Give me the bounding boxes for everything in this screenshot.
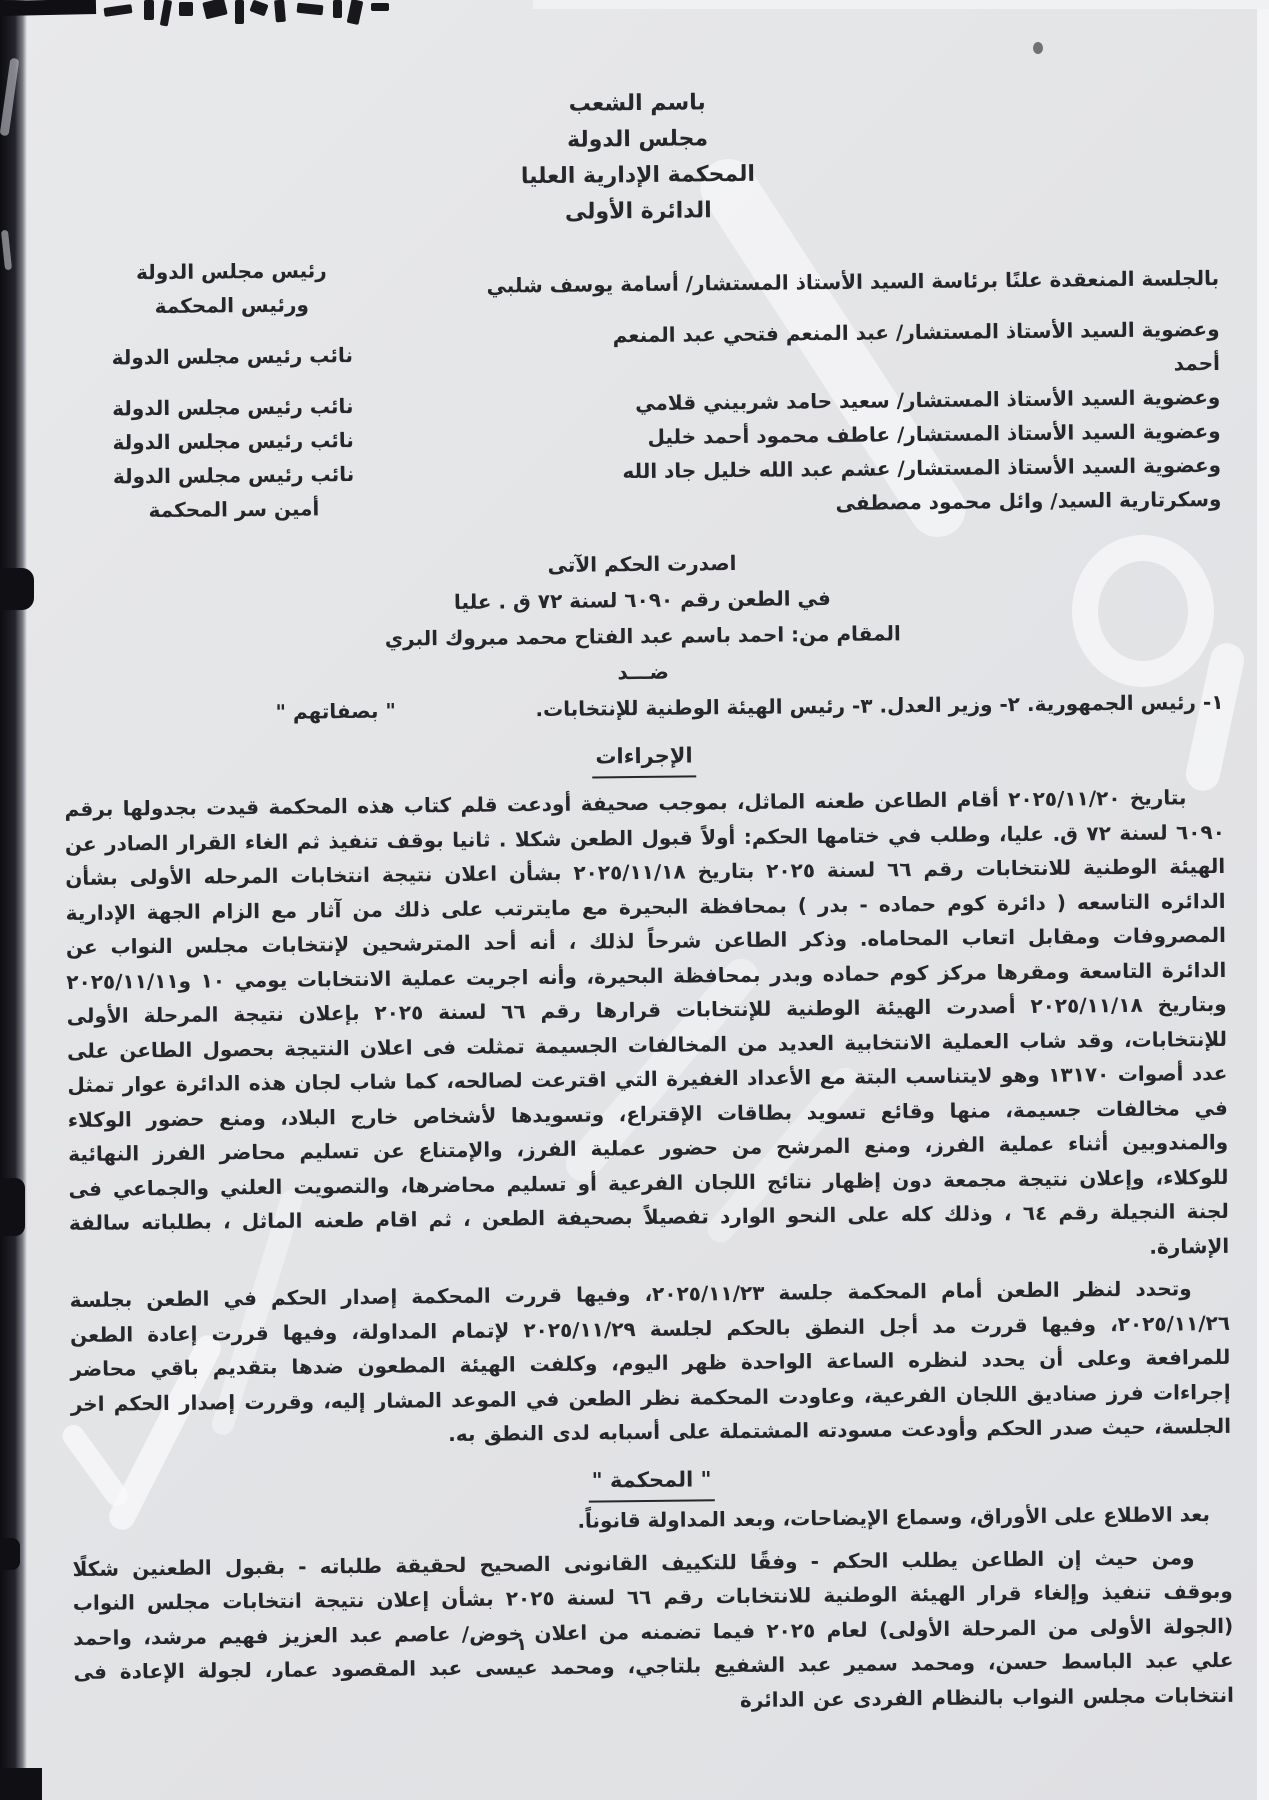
member-judge-role: نائب رئيس مجلس الدولة [60,337,405,375]
member-judge-name: وعضوية السيد الأستاذ المستشار/ عبد المنع… [579,312,1220,387]
binding-edge-blob [0,568,34,610]
binding-edge-blob [0,1178,25,1236]
page-number: ١ [516,1634,527,1655]
presiding-role-line2: ورئيس المحكمة [59,286,404,324]
presiding-judge-name: بالجلسة المنعقدة علنًا برئاسة السيد الأس… [449,261,1219,303]
paper-edge [1257,0,1269,1800]
handwritten-mark [104,0,404,40]
presiding-role-line1: رئيس مجلس الدولة [59,252,404,290]
corner-ink-mark [0,0,96,16]
procedures-heading-text: الإجراءات [592,737,696,778]
procedures-heading: الإجراءات [64,732,1224,784]
session-panel: بالجلسة المنعقدة علنًا برئاسة السيد الأس… [59,244,1222,528]
case-caption: اصدرت الحكم الآتى في الطعن رقم ٦٠٩٠ لسنة… [62,540,1223,696]
paper-edge [533,0,1269,9]
binding-edge [0,0,27,1800]
binding-edge-blob [0,1768,42,1800]
binding-edge-blob [0,1538,20,1570]
member-judge-role: نائب رئيس مجلس الدولة [61,422,406,460]
presiding-row: بالجلسة المنعقدة علنًا برئاسة السيد الأس… [59,244,1220,324]
member-row: وعضوية السيد الأستاذ المستشار/ عبد المنع… [59,312,1220,392]
presiding-judge-role: رئيس مجلس الدولة ورئيس المحكمة [59,252,405,324]
ink-dot [1033,42,1043,54]
procedures-paragraph-1: بتاريخ ٢٠٢٥/١١/٢٠ أقام الطاعن طعنه الماث… [64,780,1229,1275]
member-judge-role: نائب رئيس مجلس الدولة [61,456,406,494]
secretary-role: أمين سر المحكمة [61,490,406,528]
scanned-page: باسم الشعب مجلس الدولة المحكمة الإدارية … [0,0,1269,1800]
respondents-list: ١- رئيس الجمهورية. ٢- وزير العدل. ٣- رئي… [535,684,1223,727]
respondents-capacity: " بصفاتهم " [275,693,396,730]
secretary-name: وسكرتارية السيد/ وائل محمود مصطفى [581,482,1221,523]
procedures-paragraph-2: وتحدد لنظر الطعن أمام المحكمة جلسة ٢٠٢٥/… [70,1271,1232,1456]
court-heading-text: " المحكمة " [588,1461,714,1502]
member-judge-role: نائب رئيس مجلس الدولة [60,388,405,426]
judgment-document: باسم الشعب مجلس الدولة المحكمة الإدارية … [57,80,1234,1724]
court-paragraph-1: ومن حيث إن الطاعن يطلب الحكم - وفقًا للت… [72,1539,1234,1724]
